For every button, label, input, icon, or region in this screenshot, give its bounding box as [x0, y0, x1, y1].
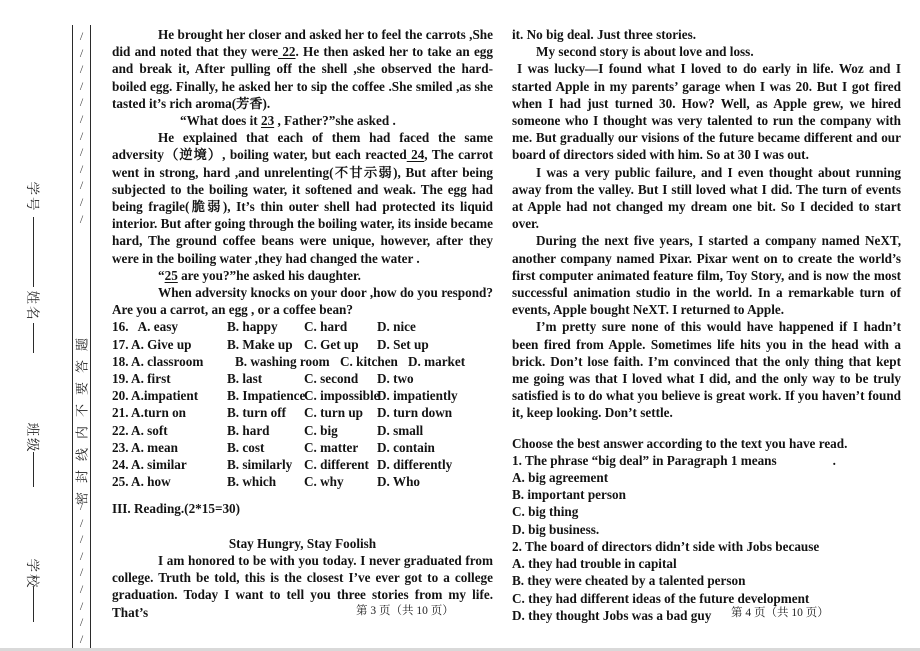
exam-paper-page: //////////// ///////// 密封线内不要答题 学号 姓名 班级…	[0, 0, 920, 651]
question-2-option-b: B. they were cheated by a talented perso…	[512, 572, 901, 589]
cloze-option-row-25: 25. A. howB. whichC. whyD. Who	[112, 473, 493, 490]
cloze-option-row-17: 17. A. Give upB. Make upC. Get upD. Set …	[112, 336, 493, 353]
passage-paragraph-2: My second story is about love and loss.	[512, 43, 901, 60]
cloze-option-row-20: 20. A.impatientB. ImpatienceC. impossibl…	[112, 387, 493, 404]
cloze-option-row-21: 21. A.turn onB. turn offC. turn upD. tur…	[112, 404, 493, 421]
question-2-option-a: A. they had trouble in capital	[512, 555, 901, 572]
passage-paragraph-3: I was lucky—I found what I loved to do e…	[512, 60, 901, 163]
passage-title: Stay Hungry, Stay Foolish	[112, 535, 493, 552]
cloze-paragraph-2: “What does it 23 , Father?”she asked .	[112, 112, 493, 129]
cloze-option-row-22: 22. A. softB. hardC. bigD. small	[112, 422, 493, 439]
spacer	[112, 490, 493, 500]
cloze-paragraph-3: He explained that each of them had faced…	[112, 129, 493, 267]
question-1-option-a: A. big agreement	[512, 469, 901, 486]
cloze-paragraph-4: “25 are you?”he asked his daughter.	[112, 267, 493, 284]
margin-label-line	[33, 587, 34, 622]
question-1: 1. The phrase “big deal” in Paragraph 1 …	[512, 452, 901, 469]
cloze-option-row-18: 18. A. classroomB. washing roomC. kitche…	[112, 353, 493, 370]
cloze-option-row-16: 16. A. easyB. happyC. hardD. nice	[112, 318, 493, 335]
page-footer-right: 第 4 页（共 10 页）	[731, 604, 829, 620]
passage-paragraph-5: During the next five years, I started a …	[512, 232, 901, 318]
margin-label-line	[33, 323, 34, 353]
margin-label-line	[33, 217, 34, 287]
instruction-line: Choose the best answer according to the …	[512, 435, 901, 452]
question-1-option-c: C. big thing	[512, 503, 901, 520]
cloze-blank-24: 24	[407, 147, 425, 162]
seal-notice-text: 密封线内不要答题	[72, 329, 91, 505]
question-2-option-c: C. they had different ideas of the futur…	[512, 590, 901, 607]
section-heading: III. Reading.(2*15=30)	[112, 500, 493, 517]
right-column: it. No big deal. Just three stories. My …	[512, 26, 901, 624]
seal-dashes-top: ////////////	[74, 28, 89, 227]
cloze-blank-23: 23	[261, 113, 274, 128]
cloze-option-row-23: 23. A. meanB. costC. matterD. contain	[112, 439, 493, 456]
cloze-option-row-19: 19. A. firstB. lastC. secondD. two	[112, 370, 493, 387]
margin-label-line	[33, 452, 34, 487]
page-footer-left: 第 3 页（共 10 页）	[356, 602, 454, 618]
cloze-paragraph-5: When adversity knocks on your door ,how …	[112, 284, 493, 318]
question-1-option-d: D. big business.	[512, 521, 901, 538]
passage-paragraph-cont: it. No big deal. Just three stories.	[512, 26, 901, 43]
question-2-option-d: D. they thought Jobs was a bad guy	[512, 607, 901, 624]
question-2: 2. The board of directors didn’t side wi…	[512, 538, 901, 555]
cloze-options-table: 16. A. easyB. happyC. hardD. nice 17. A.…	[112, 318, 493, 490]
spacer	[112, 518, 493, 535]
cloze-blank-25: 25	[165, 268, 178, 283]
question-1-option-b: B. important person	[512, 486, 901, 503]
left-column: He brought her closer and asked her to f…	[112, 26, 493, 621]
cloze-paragraph-1: He brought her closer and asked her to f…	[112, 26, 493, 112]
spacer	[512, 422, 901, 435]
passage-paragraph-4: I was a very public failure, and I even …	[512, 164, 901, 233]
cloze-option-row-24: 24. A. similarB. similarlyC. differentD.…	[112, 456, 493, 473]
cloze-blank-22: 22	[278, 44, 295, 59]
passage-paragraph-6: I’m pretty sure none of this would have …	[512, 318, 901, 421]
seal-dashes-bottom: /////////	[74, 498, 89, 647]
